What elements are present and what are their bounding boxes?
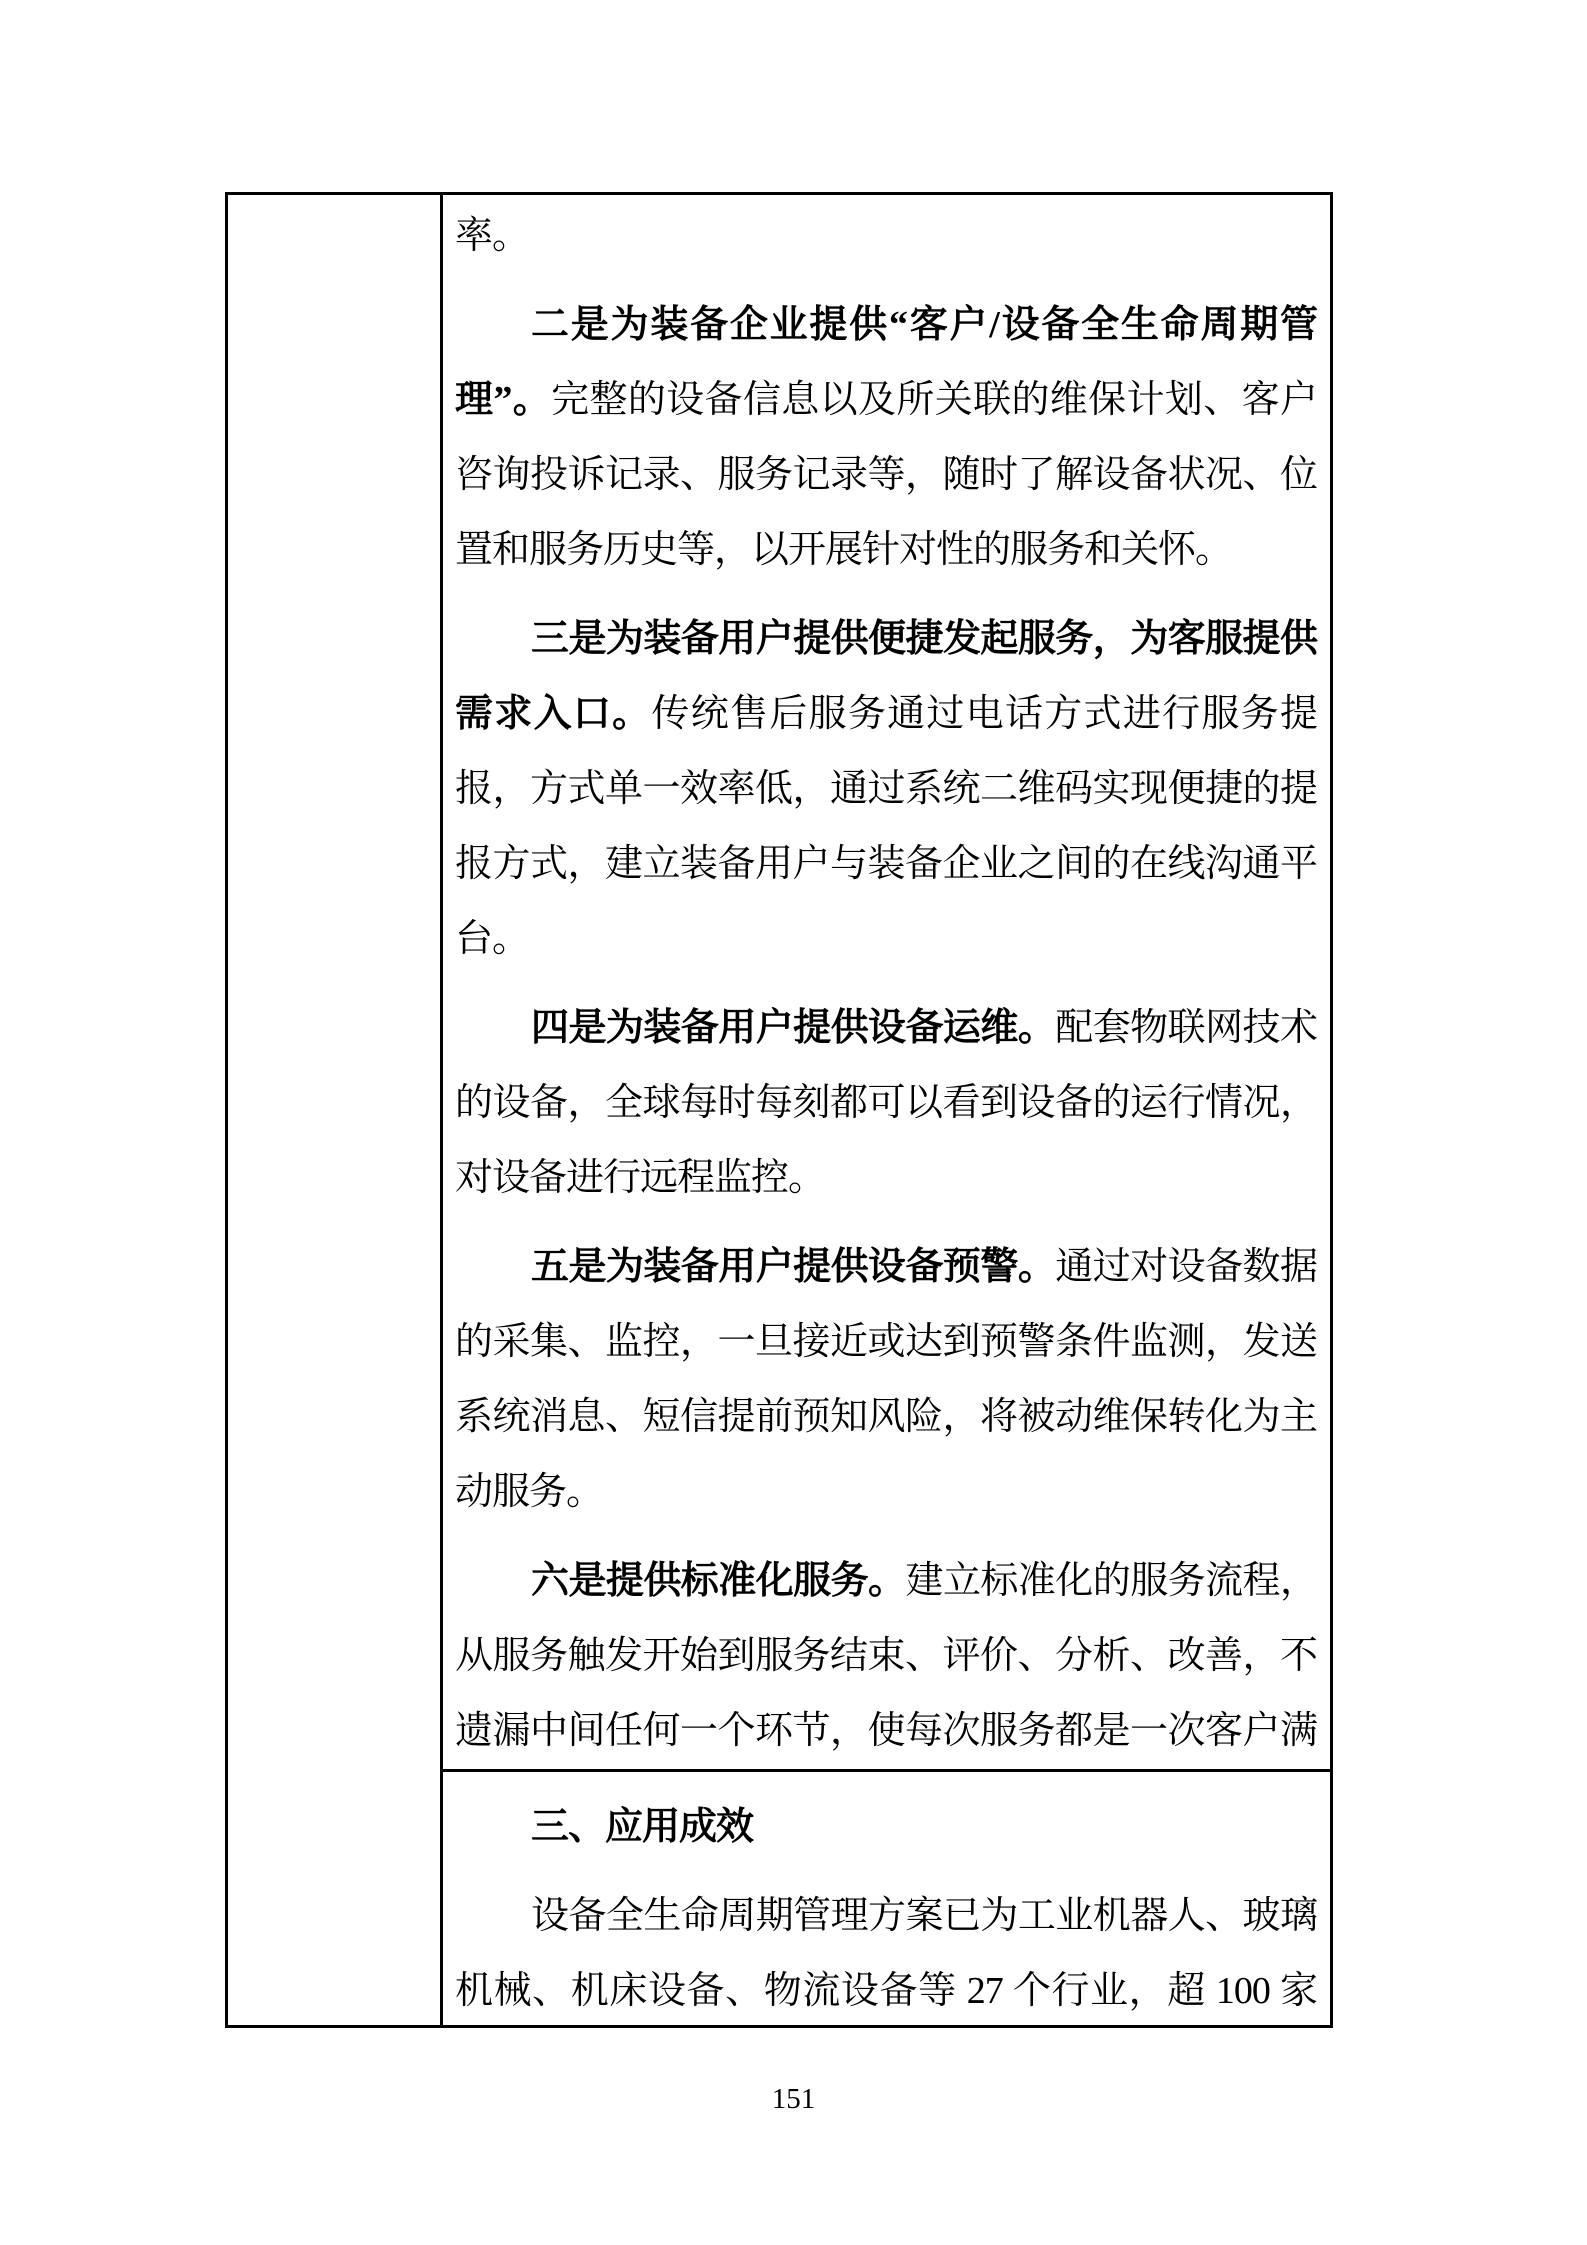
paragraph: 四是为装备用户提供设备运维。配套物联网技术的设备，全球每时每刻都可以看到设备的运… [455, 991, 1317, 1216]
section-heading: 三、应用成效 [455, 1790, 1317, 1865]
document-page: 率。 二是为装备企业提供“客户/设备全生命周期管理”。完整的设备信息以及所关联的… [0, 0, 1587, 2245]
paragraph-body: 完整的设备信息以及所关联的维保计划、客户咨询投诉记录、服务记录等，随时了解设备状… [455, 379, 1317, 571]
paragraph-lead: 四是为装备用户提供设备运维。 [531, 1007, 1055, 1049]
paragraph-body: 设备全生命周期管理方案已为工业机器人、玻璃机械、机床设备、物流设备等 27 个行… [455, 1895, 1317, 2025]
paragraph: 五是为装备用户提供设备预警。通过对设备数据的采集、监控，一旦接近或达到预警条件监… [455, 1230, 1317, 1530]
paragraph: 六是提供标准化服务。建立标准化的服务流程，从服务触发开始到服务结束、评价、分析、… [455, 1544, 1317, 1772]
page-number: 151 [0, 2082, 1587, 2116]
table-right-column: 率。 二是为装备企业提供“客户/设备全生命周期管理”。完整的设备信息以及所关联的… [443, 195, 1330, 2025]
paragraph-lead: 五是为装备用户提供设备预警。 [531, 1246, 1055, 1288]
paragraph: 二是为装备企业提供“客户/设备全生命周期管理”。完整的设备信息以及所关联的维保计… [455, 288, 1317, 588]
paragraph-lead: 六是提供标准化服务。 [531, 1560, 906, 1602]
paragraph-body: 率。 [455, 215, 529, 257]
table-left-empty-cell [228, 195, 443, 2025]
paragraph: 率。 [455, 199, 1317, 274]
paragraph: 三是为装备用户提供便捷发起服务，为客服提供需求入口。传统售后服务通过电话方式进行… [455, 602, 1317, 977]
table-section-cell: 三、应用成效 设备全生命周期管理方案已为工业机器人、玻璃机械、机床设备、物流设备… [443, 1772, 1330, 2025]
paragraph: 设备全生命周期管理方案已为工业机器人、玻璃机械、机床设备、物流设备等 27 个行… [455, 1879, 1317, 2025]
content-table: 率。 二是为装备企业提供“客户/设备全生命周期管理”。完整的设备信息以及所关联的… [225, 192, 1333, 2028]
table-text-cell: 率。 二是为装备企业提供“客户/设备全生命周期管理”。完整的设备信息以及所关联的… [443, 195, 1330, 1772]
